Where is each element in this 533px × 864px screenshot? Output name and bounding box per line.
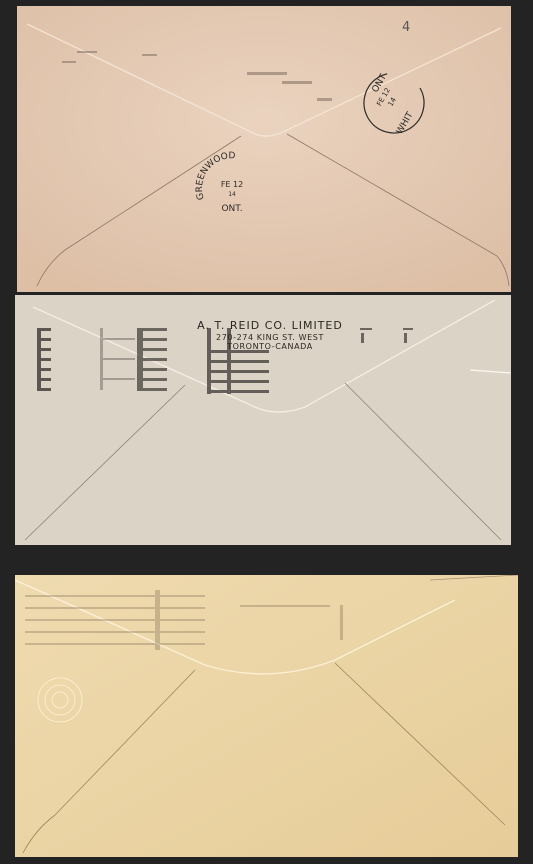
corner-card-line1: A. T. REID CO. LIMITED (170, 320, 370, 333)
corner-card-line2: 270-274 KING ST. WEST (170, 333, 370, 342)
pencil-mark: 4 (402, 20, 410, 35)
envelope-middle: A. T. REID CO. LIMITED 270-274 KING ST. … (15, 295, 511, 545)
envelope-bottom (15, 575, 518, 857)
svg-text:FE 12: FE 12 (221, 180, 243, 189)
svg-text:ONT.: ONT. (221, 204, 242, 214)
envelope-top-flaps: FE 12 14 WHIT ONT GREENWOOD FE 12 14 ONT… (17, 6, 511, 292)
svg-text:14: 14 (228, 191, 236, 198)
corner-card: A. T. REID CO. LIMITED 270-274 KING ST. … (170, 320, 370, 351)
envelope-bottom-flaps (15, 575, 518, 857)
corner-card-line3: TORONTO-CANADA (170, 342, 370, 351)
envelope-top: FE 12 14 WHIT ONT GREENWOOD FE 12 14 ONT… (17, 6, 511, 292)
